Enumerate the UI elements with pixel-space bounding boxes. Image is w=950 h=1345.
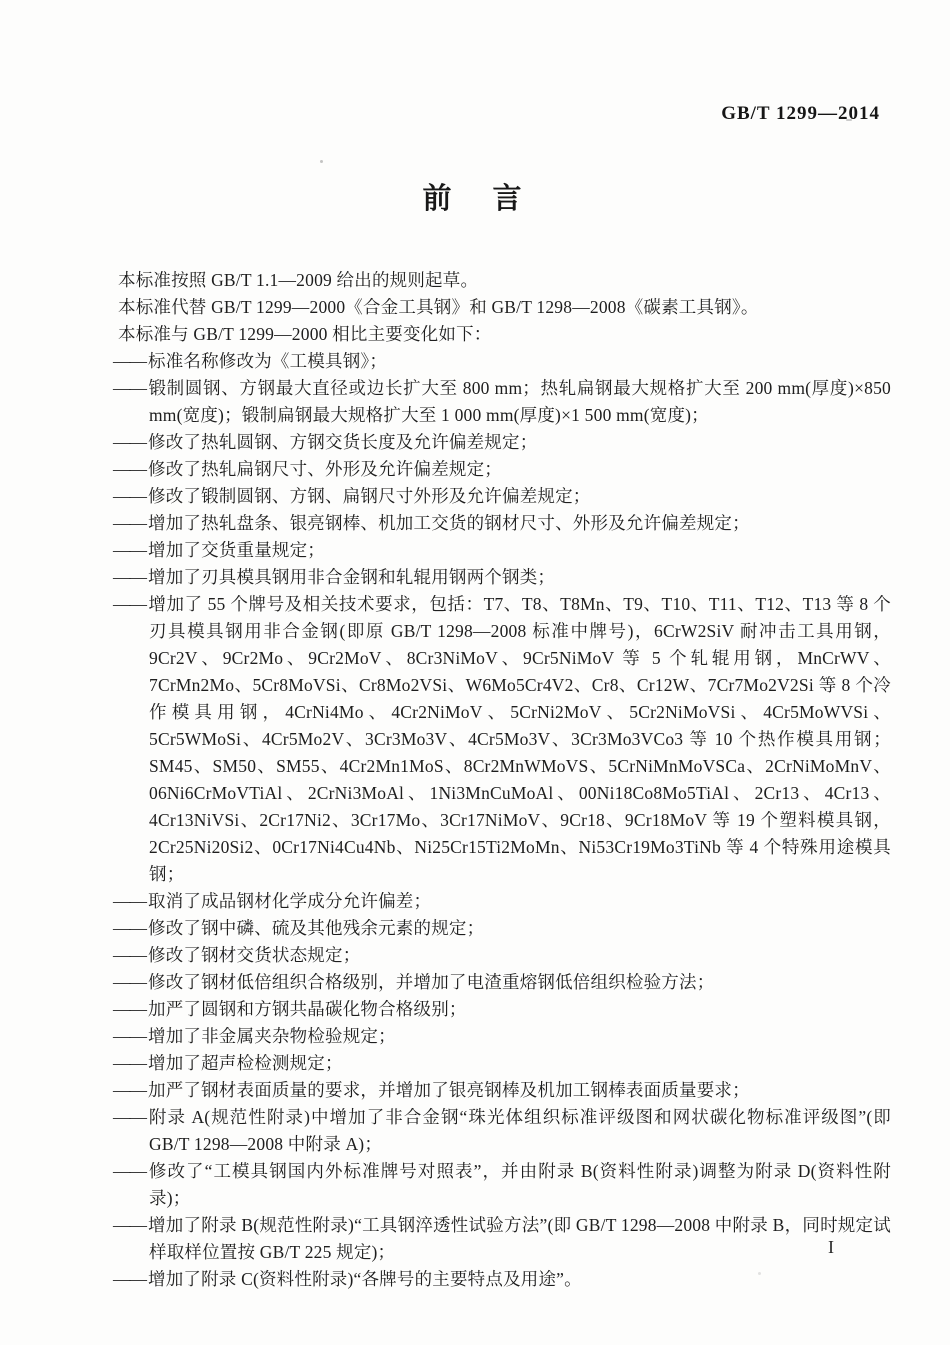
dash-prefix: —— [113,1215,148,1235]
dash-prefix: —— [113,945,148,965]
dash-prefix: —— [113,1161,148,1181]
dash-prefix: —— [113,540,148,560]
change-item: ——增加了交货重量规定； [113,537,891,564]
change-item-text: 增加了超声检检测规定； [148,1053,343,1073]
change-item-text: 锻制圆钢、方钢最大直径或边长扩大至 800 mm；热轧扁钢最大规格扩大至 200… [148,378,891,425]
change-item: ——加严了圆钢和方钢共晶碳化物合格级别； [113,996,891,1023]
change-item: ——增加了非金属夹杂物检验规定； [113,1023,891,1050]
dash-prefix: —— [113,1107,148,1127]
change-item-text: 附录 A(规范性附录)中增加了非合金钢“珠光体组织标准评级图和网状碳化物标准评级… [148,1107,891,1154]
change-item-text: 修改了钢材交货状态规定； [148,945,360,965]
change-item-text: 修改了钢材低倍组织合格级别，并增加了电渣重熔钢低倍组织检验方法； [148,972,714,992]
intro-paragraph: 本标准与 GB/T 1299—2000 相比主要变化如下： [113,321,891,348]
scan-speck [846,119,852,121]
change-item: ——修改了钢材交货状态规定； [113,942,891,969]
dash-prefix: —— [113,567,148,587]
change-item-text: 增加了热轧盘条、银亮钢棒、机加工交货的钢材尺寸、外形及允许偏差规定； [148,513,750,533]
change-item: ——修改了热轧扁钢尺寸、外形及允许偏差规定； [113,456,891,483]
page-number: I [828,1237,834,1258]
change-list: ——标准名称修改为《工模具钢》； ——锻制圆钢、方钢最大直径或边长扩大至 800… [113,348,891,1293]
change-item: ——修改了锻制圆钢、方钢、扁钢尺寸外形及允许偏差规定； [113,483,891,510]
change-item: ——标准名称修改为《工模具钢》； [113,348,891,375]
dash-prefix: —— [113,1080,148,1100]
document-page: GB/T 1299—2014 前 言 本标准按照 GB/T 1.1—2009 给… [0,0,950,1345]
change-item-text: 标准名称修改为《工模具钢》； [148,351,387,371]
dash-prefix: —— [113,432,148,452]
change-item-text: 修改了锻制圆钢、方钢、扁钢尺寸外形及允许偏差规定； [148,486,591,506]
change-item: ——取消了成品钢材化学成分允许偏差； [113,888,891,915]
dash-prefix: —— [113,594,148,614]
change-item-text: 修改了钢中磷、硫及其他残余元素的规定； [148,918,484,938]
dash-prefix: —— [113,486,148,506]
dash-prefix: —— [113,918,148,938]
scan-speck [320,160,323,163]
change-item: ——附录 A(规范性附录)中增加了非合金钢“珠光体组织标准评级图和网状碳化物标准… [113,1104,891,1158]
dash-prefix: —— [113,972,148,992]
dash-prefix: —— [113,999,148,1019]
change-item-text: 修改了热轧扁钢尺寸、外形及允许偏差规定； [148,459,502,479]
change-item: ——锻制圆钢、方钢最大直径或边长扩大至 800 mm；热轧扁钢最大规格扩大至 2… [113,375,891,429]
foreword-body: 本标准按照 GB/T 1.1—2009 给出的规则起草。 本标准代替 GB/T … [113,267,891,1293]
dash-prefix: —— [113,378,148,398]
change-item-text: 增加了非金属夹杂物检验规定； [148,1026,396,1046]
change-item-text: 增加了附录 C(资料性附录)“各牌号的主要特点及用途”。 [148,1269,582,1289]
intro-paragraph: 本标准代替 GB/T 1299—2000《合金工具钢》和 GB/T 1298—2… [113,294,891,321]
change-item-text: 修改了“工模具钢国内外标准牌号对照表”，并由附录 B(资料性附录)调整为附录 D… [148,1161,891,1208]
dash-prefix: —— [113,1026,148,1046]
change-item: ——增加了 55 个牌号及相关技术要求，包括：T7、T8、T8Mn、T9、T10… [113,591,891,888]
intro-paragraphs: 本标准按照 GB/T 1.1—2009 给出的规则起草。 本标准代替 GB/T … [113,267,891,348]
change-item: ——修改了“工模具钢国内外标准牌号对照表”，并由附录 B(资料性附录)调整为附录… [113,1158,891,1212]
change-item-text: 增加了刃具模具钢用非合金钢和轧辊用钢两个钢类； [148,567,555,587]
change-item: ——增加了热轧盘条、银亮钢棒、机加工交货的钢材尺寸、外形及允许偏差规定； [113,510,891,537]
change-item: ——修改了钢中磷、硫及其他残余元素的规定； [113,915,891,942]
change-item: ——增加了超声检检测规定； [113,1050,891,1077]
standard-number: GB/T 1299—2014 [721,103,880,125]
dash-prefix: —— [113,1269,148,1289]
dash-prefix: —— [113,351,148,371]
dash-prefix: —— [113,459,148,479]
change-item-text: 修改了热轧圆钢、方钢交货长度及允许偏差规定； [148,432,537,452]
change-item: ——修改了钢材低倍组织合格级别，并增加了电渣重熔钢低倍组织检验方法； [113,969,891,996]
change-item-text: 加严了钢材表面质量的要求，并增加了银亮钢棒及机加工钢棒表面质量要求； [148,1080,750,1100]
change-item-text: 加严了圆钢和方钢共晶碳化物合格级别； [148,999,467,1019]
scan-speck [758,1272,761,1275]
change-item: ——加严了钢材表面质量的要求，并增加了银亮钢棒及机加工钢棒表面质量要求； [113,1077,891,1104]
dash-prefix: —— [113,1053,148,1073]
change-item-text: 取消了成品钢材化学成分允许偏差； [148,891,431,911]
dash-prefix: —— [113,891,148,911]
change-item-text: 增加了附录 B(规范性附录)“工具钢淬透性试验方法”(即 GB/T 1298—2… [148,1215,891,1262]
dash-prefix: —— [113,513,148,533]
change-item-text: 增加了 55 个牌号及相关技术要求，包括：T7、T8、T8Mn、T9、T10、T… [148,594,891,884]
change-item: ——增加了附录 C(资料性附录)“各牌号的主要特点及用途”。 [113,1266,891,1293]
page-title: 前 言 [0,183,950,215]
change-item: ——增加了刃具模具钢用非合金钢和轧辊用钢两个钢类； [113,564,891,591]
change-item: ——增加了附录 B(规范性附录)“工具钢淬透性试验方法”(即 GB/T 1298… [113,1212,891,1266]
intro-paragraph: 本标准按照 GB/T 1.1—2009 给出的规则起草。 [113,267,891,294]
change-item: ——修改了热轧圆钢、方钢交货长度及允许偏差规定； [113,429,891,456]
change-item-text: 增加了交货重量规定； [148,540,325,560]
